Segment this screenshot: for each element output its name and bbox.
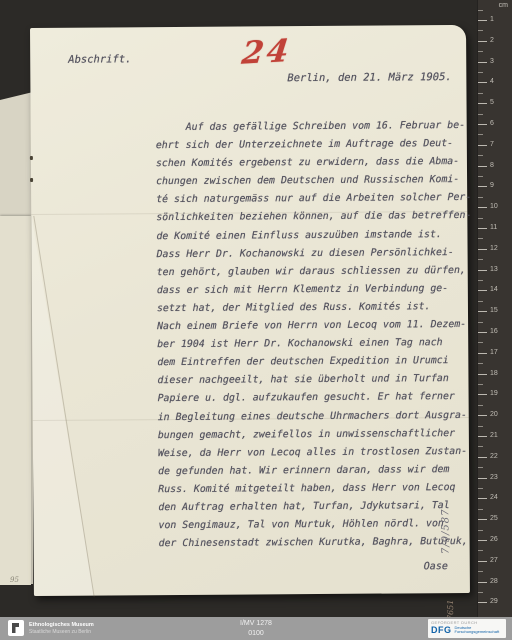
catchword: Oase <box>424 561 448 572</box>
ruler-cm-number: 6 <box>490 120 494 127</box>
ruler-half-tick <box>478 301 483 302</box>
underlying-page-corner <box>0 216 31 585</box>
ruler-cm-number: 8 <box>490 162 494 169</box>
ruler-cm-number: 17 <box>490 349 498 356</box>
body-line: dass er sich mit Herrn Klementz in Verbi… <box>157 280 469 300</box>
body-line: Dass Herr Dr. Kochanowski zu diesen Pers… <box>157 244 469 264</box>
ruler-half-tick <box>478 155 483 156</box>
ruler-cm-number: 10 <box>490 203 498 210</box>
body-line: sönlichkeiten beziehen können, auf die d… <box>156 207 468 227</box>
ruler-half-tick <box>478 93 483 94</box>
ruler-cm-number: 29 <box>490 598 498 605</box>
ruler-cm-number: 26 <box>490 536 498 543</box>
ruler-half-tick <box>478 114 483 115</box>
pencil-folio-mark: 95 <box>10 576 19 584</box>
ruler-half-tick <box>478 467 483 468</box>
ruler-half-tick <box>478 10 483 11</box>
ruler-half-tick <box>478 72 483 73</box>
ruler-cm-number: 1 <box>490 16 494 23</box>
ruler-cm-number: 15 <box>490 307 498 314</box>
body-line: chungen zwischen dem Deutschen und Russi… <box>156 171 468 191</box>
ruler-cm-number: 24 <box>490 494 498 501</box>
ruler-cm-number: 4 <box>490 78 494 85</box>
ruler-half-tick <box>478 571 483 572</box>
ruler-cm-number: 21 <box>490 432 498 439</box>
body-line: Papiere u. dgl. aufzukaufen gesucht. Er … <box>158 388 470 408</box>
body-line: den Auftrag erhalten hat, Turfan, Jdykut… <box>158 497 470 517</box>
body-line: von Sengimauz, Tal von Murtuk, Höhlen nö… <box>158 515 470 535</box>
ruler-half-tick <box>478 51 483 52</box>
margin-inventory-note: 7/9/587 <box>440 509 451 555</box>
ruler-cm-number: 27 <box>490 557 498 564</box>
dfg-logo: GEFÖRDERT DURCH DFG Deutsche Forschungsg… <box>428 619 506 638</box>
ruler-half-tick <box>478 530 483 531</box>
ruler-cm-number: 20 <box>490 411 498 418</box>
ruler-cm-number: 18 <box>490 370 498 377</box>
body-line: té sich naturgemäss nur auf die Arbeiten… <box>156 189 468 209</box>
ruler-half-tick <box>478 426 483 427</box>
dfg-full-name: Deutsche Forschungsgemeinschaft <box>455 626 500 635</box>
ruler-half-tick <box>478 259 483 260</box>
ruler-cm-number: 25 <box>490 515 498 522</box>
body-line: setzt hat, der Mitglied des Russ. Komité… <box>157 298 469 318</box>
body-line: Auf das gefällige Schreiben vom 16. Febr… <box>156 117 468 137</box>
ruler-cm-number: 11 <box>490 224 497 231</box>
body-line: ten gehört, glauben wir daraus schliesse… <box>157 262 469 282</box>
body-line: Russ. Komité mitgeteilt haben, dass Herr… <box>158 479 470 499</box>
body-line: Weise, da Herr von Lecoq alles in trostl… <box>158 443 470 463</box>
body-line: ber 1904 ist Herr Dr. Kochanowski einen … <box>157 334 469 354</box>
body-line: dem Eintreffen der deutschen Expedition … <box>157 352 469 372</box>
body-line: de Komité einen Einfluss auszuüben imsta… <box>156 226 468 246</box>
ruler-cm-number: 14 <box>490 286 498 293</box>
ruler-cm-number: 13 <box>490 266 498 273</box>
ruler-half-tick <box>478 550 483 551</box>
body-line: Nach einem Briefe von Herrn von Lecoq vo… <box>157 316 469 336</box>
ruler-half-tick <box>478 592 483 593</box>
letter-page: Abschrift. 24 Berlin, den 21. März 1905.… <box>30 25 470 596</box>
ruler-half-tick <box>478 30 483 31</box>
body-line: de gefunden hat. Wir erinnern daran, das… <box>158 461 470 481</box>
body-line: in Begleitung eines deutsche Uhrmachers … <box>158 406 470 426</box>
ruler-cm-number: 22 <box>490 453 498 460</box>
ruler-half-tick <box>478 134 483 135</box>
archive-footer-bar: Ethnologisches Museum Staatliche Museen … <box>0 617 512 640</box>
body-line: schen Komités ergebenst zu erwidern, das… <box>156 153 468 173</box>
ruler-half-tick <box>478 197 483 198</box>
ruler-cm-number: 2 <box>490 37 494 44</box>
ruler-half-tick <box>478 280 483 281</box>
body-line: der Chinesenstadt zwischen Kurutka, Bagh… <box>159 533 471 553</box>
body-line: bungen gemacht, zweifellos in unwissensc… <box>158 425 470 445</box>
ruler-half-tick <box>478 509 483 510</box>
cm-ruler: cm 1234567891011121314151617181920212223… <box>477 0 512 617</box>
body-line: ehrt sich der Unterzeichnete im Auftrage… <box>156 135 468 155</box>
body-line: dieser nachgeeilt, hat sie überholt und … <box>157 370 469 390</box>
copy-label: Abschrift. <box>68 53 131 65</box>
ruler-half-tick <box>478 218 483 219</box>
ruler-cm-number: 7 <box>490 141 494 148</box>
ruler-unit-label: cm <box>499 2 508 9</box>
ruler-cm-number: 9 <box>490 182 494 189</box>
ruler-cm-number: 12 <box>490 245 498 252</box>
staple-mark <box>30 156 33 160</box>
ruler-half-tick <box>478 176 483 177</box>
ruler-cm-number: 19 <box>490 390 498 397</box>
ruler-half-tick <box>478 384 483 385</box>
body-text: Auf das gefällige Schreiben vom 16. Febr… <box>156 117 471 553</box>
staple-mark <box>30 178 33 182</box>
ruler-half-tick <box>478 363 483 364</box>
ruler-cm-number: 3 <box>490 58 494 65</box>
ruler-cm-number: 5 <box>490 99 494 106</box>
ruler-half-tick <box>478 405 483 406</box>
ruler-cm-number: 23 <box>490 474 498 481</box>
ruler-cm-number: 28 <box>490 578 498 585</box>
ruler-half-tick <box>478 488 483 489</box>
ruler-half-tick <box>478 446 483 447</box>
scanned-document-view: 95 96 Abschrift. 24 Berlin, den 21. März… <box>0 0 512 640</box>
ruler-half-tick <box>478 322 483 323</box>
ruler-half-tick <box>478 342 483 343</box>
ruler-cm-number: 16 <box>490 328 498 335</box>
dfg-abbreviation: DFG <box>431 625 452 635</box>
dateline: Berlin, den 21. März 1905. <box>287 71 451 84</box>
ruler-half-tick <box>478 238 483 239</box>
handwritten-page-number: 24 <box>240 33 294 72</box>
